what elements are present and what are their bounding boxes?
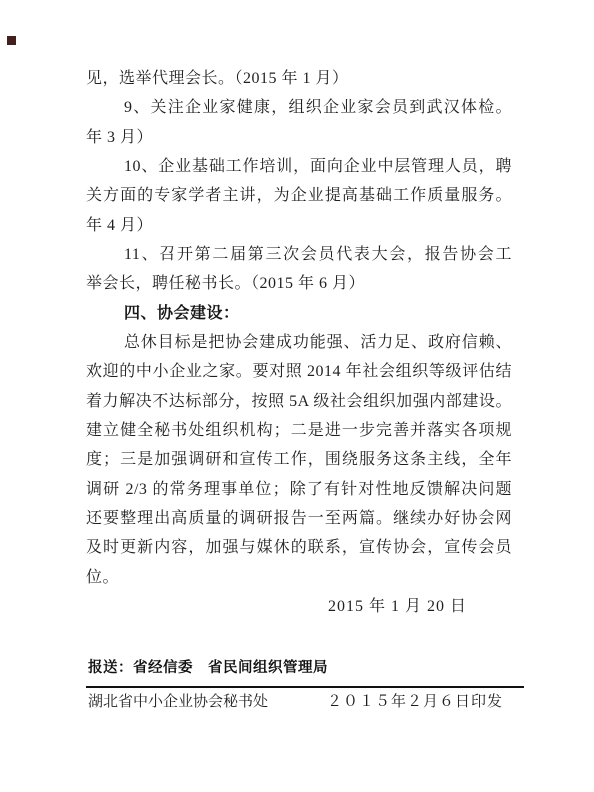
body-line: 总休目标是把协会建成功能强、活力足、政府信赖、企业 [86,328,512,357]
footer-divider [86,686,524,688]
body-line: 位。 [86,563,512,592]
body-line: 关方面的专家学者主讲，为企业提高基础工作质量服务。（2015 [86,181,512,210]
document-page: 见，选举代理会长。（2015 年 1 月） 9、关注企业家健康，组织企业家会员到… [0,0,594,792]
section-heading: 四、协会建设： [86,299,512,328]
body-line: 10、企业基础工作培训，面向企业中层管理人员，聘请有 [86,152,512,181]
body-line: 11、召开第二届第三次会员代表大会，报告协会工作，选 [86,240,512,269]
body-line: 举会长，聘任秘书长。（2015 年 6 月） [86,269,512,298]
document-body: 见，选举代理会长。（2015 年 1 月） 9、关注企业家健康，组织企业家会员到… [86,64,512,621]
body-line: 9、关注企业家健康，组织企业家会员到武汉体检。（2015 [86,93,512,122]
body-line: 见，选举代理会长。（2015 年 1 月） [86,64,512,93]
body-line: 年 4 月） [86,211,512,240]
footer-cc-line: 报送：省经信委 省民间组织管理局 [88,658,518,678]
body-line: 欢迎的中小企业之家。要对照 2014 年社会组织等级评估结果， [86,357,512,386]
body-line: 还要整理出高质量的调研报告一至两篇。继续办好协会网站， [86,504,512,533]
footer-row: 湖北省中小企业协会秘书处 ２０１５年２月６日印发 [88,691,503,713]
body-line: 年 3 月） [86,123,512,152]
body-line: 调研 2/3 的常务理事单位；除了有针对性地反馈解决问题外， [86,475,512,504]
footer-print-date: ２０１５年２月６日印发 [327,691,503,713]
body-line: 及时更新内容，加强与媒休的联系，宣传协会，宣传会员单 [86,533,512,562]
body-line: 建立健全秘书处组织机构；二是进一步完善并落实各项规章制 [86,416,512,445]
date-line: 2015 年 1 月 20 日 [86,592,512,621]
footer-issuer: 湖北省中小企业协会秘书处 [88,691,268,713]
body-line: 度；三是加强调研和宣传工作，围绕服务这条主线，全年走访 [86,445,512,474]
body-line: 着力解决不达标部分，按照 5A 级社会组织加强内部建设。一是 [86,387,512,416]
scan-artifact [7,36,16,45]
